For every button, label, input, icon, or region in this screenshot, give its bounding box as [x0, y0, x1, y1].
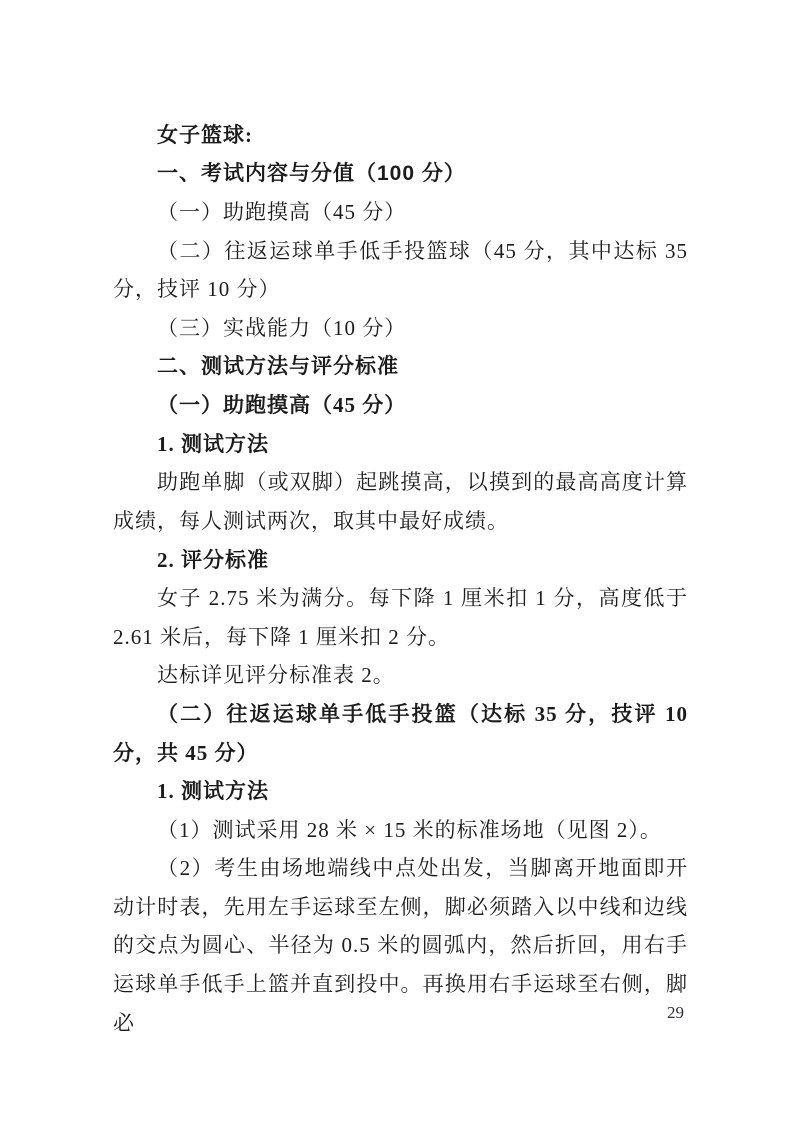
scoring-standard-body: 女子 2.75 米为满分。每下降 1 厘米扣 1 分，高度低于 2.61 米后，…: [113, 579, 688, 656]
test-method-step-1: （1）测试采用 28 米 × 15 米的标准场地（见图 2）。: [113, 811, 688, 850]
scoring-standard-note: 达标详见评分标准表 2。: [113, 656, 688, 695]
page-number: 29: [667, 1002, 684, 1024]
test-method-heading-2: 1. 测试方法: [113, 772, 688, 811]
test-method-body-1: 助跑单脚（或双脚）起跳摸高，以摸到的最高高度计算成绩，每人测试两次，取其中最好成…: [113, 463, 688, 540]
section-1-item-2: （二）往返运球单手低手投篮球（45 分，其中达标 35 分，技评 10 分）: [113, 232, 688, 309]
subsection-2-2-heading: （二）往返运球单手低手投篮（达标 35 分，技评 10 分，共 45 分）: [113, 695, 688, 772]
section-1-item-1: （一）助跑摸高（45 分）: [113, 193, 688, 232]
section-1-heading: 一、考试内容与分值（100 分）: [113, 155, 688, 194]
section-1-item-3: （三）实战能力（10 分）: [113, 309, 688, 348]
scoring-standard-heading: 2. 评分标准: [113, 541, 688, 580]
document-page: 女子篮球: 一、考试内容与分值（100 分） （一）助跑摸高（45 分） （二）…: [0, 0, 794, 1122]
test-method-step-2: （2）考生由场地端线中点处出发，当脚离开地面即开动计时表，先用左手运球至左侧，脚…: [113, 849, 688, 1042]
document-content: 女子篮球: 一、考试内容与分值（100 分） （一）助跑摸高（45 分） （二）…: [113, 116, 688, 1042]
test-method-heading-1: 1. 测试方法: [113, 425, 688, 464]
section-2-heading: 二、测试方法与评分标准: [113, 348, 688, 387]
subsection-2-1-heading: （一）助跑摸高（45 分）: [113, 386, 688, 425]
doc-title: 女子篮球:: [113, 116, 688, 155]
